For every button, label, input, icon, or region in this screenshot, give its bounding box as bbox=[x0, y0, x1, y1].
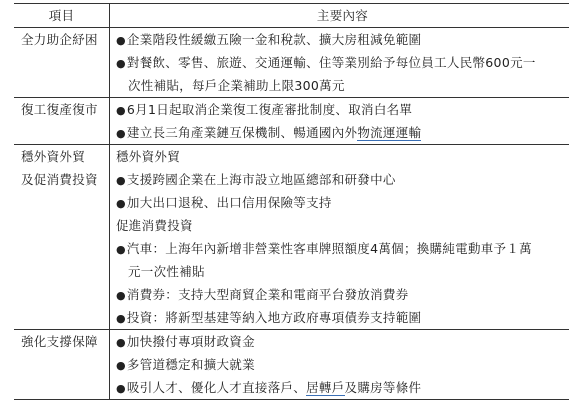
bullet-item: 汽車：上海年內新增非營業性客車牌照額度4萬個；換購純電動車予１萬 bbox=[116, 237, 569, 260]
bullet-item: 加大出口退稅、出口信用保險等支持 bbox=[116, 191, 569, 214]
content-line: 元一次性補貼 bbox=[116, 260, 569, 283]
content-line: 次性補貼，每戶企業補助上限300萬元 bbox=[116, 74, 569, 97]
bullet-item: 投資：將新型基建等納入地方政府專項債券支持範圍 bbox=[116, 306, 569, 329]
bullet-item: 多管道穩定和擴大就業 bbox=[116, 353, 569, 376]
content-line: 促進消費投資 bbox=[116, 214, 569, 237]
bullet-item: 6月1日起取消企業復工復產審批制度、取消白名單 bbox=[116, 98, 569, 121]
underlined-term: 居轉戶 bbox=[306, 380, 344, 396]
policy-table: 項目 主要內容 全力助企紓困企業階段性緩繳五險一金和稅款、擴大房租減免範圍對餐飲… bbox=[14, 3, 569, 400]
row-item-label: 強化支撐保障 bbox=[21, 330, 109, 353]
bullet-item: 對餐飲、零售、旅遊、交通運輸、住等業別給予每位員工人民幣600元一 bbox=[116, 51, 569, 74]
content-line: 穩外資外貿 bbox=[116, 145, 569, 168]
bullet-item: 企業階段性緩繳五險一金和稅款、擴大房租減免範圍 bbox=[116, 28, 569, 51]
underlined-term: 物流運運輸 bbox=[357, 125, 421, 141]
bullet-item: 加快撥付專項財政資金 bbox=[116, 330, 569, 353]
table-row: 穩外資外貿及促消費投資穩外資外貿支援跨國企業在上海市設立地區總部和研發中心加大出… bbox=[14, 145, 569, 330]
row-item-label: 全力助企紓困 bbox=[21, 28, 109, 51]
header-content: 主要內容 bbox=[116, 4, 569, 27]
bullet-item: 吸引人才、優化人才直接落戶、居轉戶及購房等條件 bbox=[116, 376, 569, 399]
table-row: 全力助企紓困企業階段性緩繳五險一金和稅款、擴大房租減免範圍對餐飲、零售、旅遊、交… bbox=[14, 28, 569, 98]
row-item-label: 及促消費投資 bbox=[21, 168, 109, 191]
bullet-item: 支援跨國企業在上海市設立地區總部和研發中心 bbox=[116, 168, 569, 191]
bullet-item: 消費券：支持大型商貿企業和電商平台發放消費券 bbox=[116, 283, 569, 306]
table-header-row: 項目 主要內容 bbox=[14, 3, 569, 28]
table-row: 復工復產復市6月1日起取消企業復工復產審批制度、取消白名單建立長三角產業鏈互保機… bbox=[14, 98, 569, 145]
table-row: 強化支撐保障加快撥付專項財政資金多管道穩定和擴大就業吸引人才、優化人才直接落戶、… bbox=[14, 330, 569, 400]
header-item: 項目 bbox=[14, 4, 109, 27]
row-item-label: 復工復產復市 bbox=[21, 98, 109, 121]
bullet-item: 建立長三角產業鏈互保機制、暢通國內外物流運運輸 bbox=[116, 121, 569, 144]
row-item-label: 穩外資外貿 bbox=[21, 145, 109, 168]
